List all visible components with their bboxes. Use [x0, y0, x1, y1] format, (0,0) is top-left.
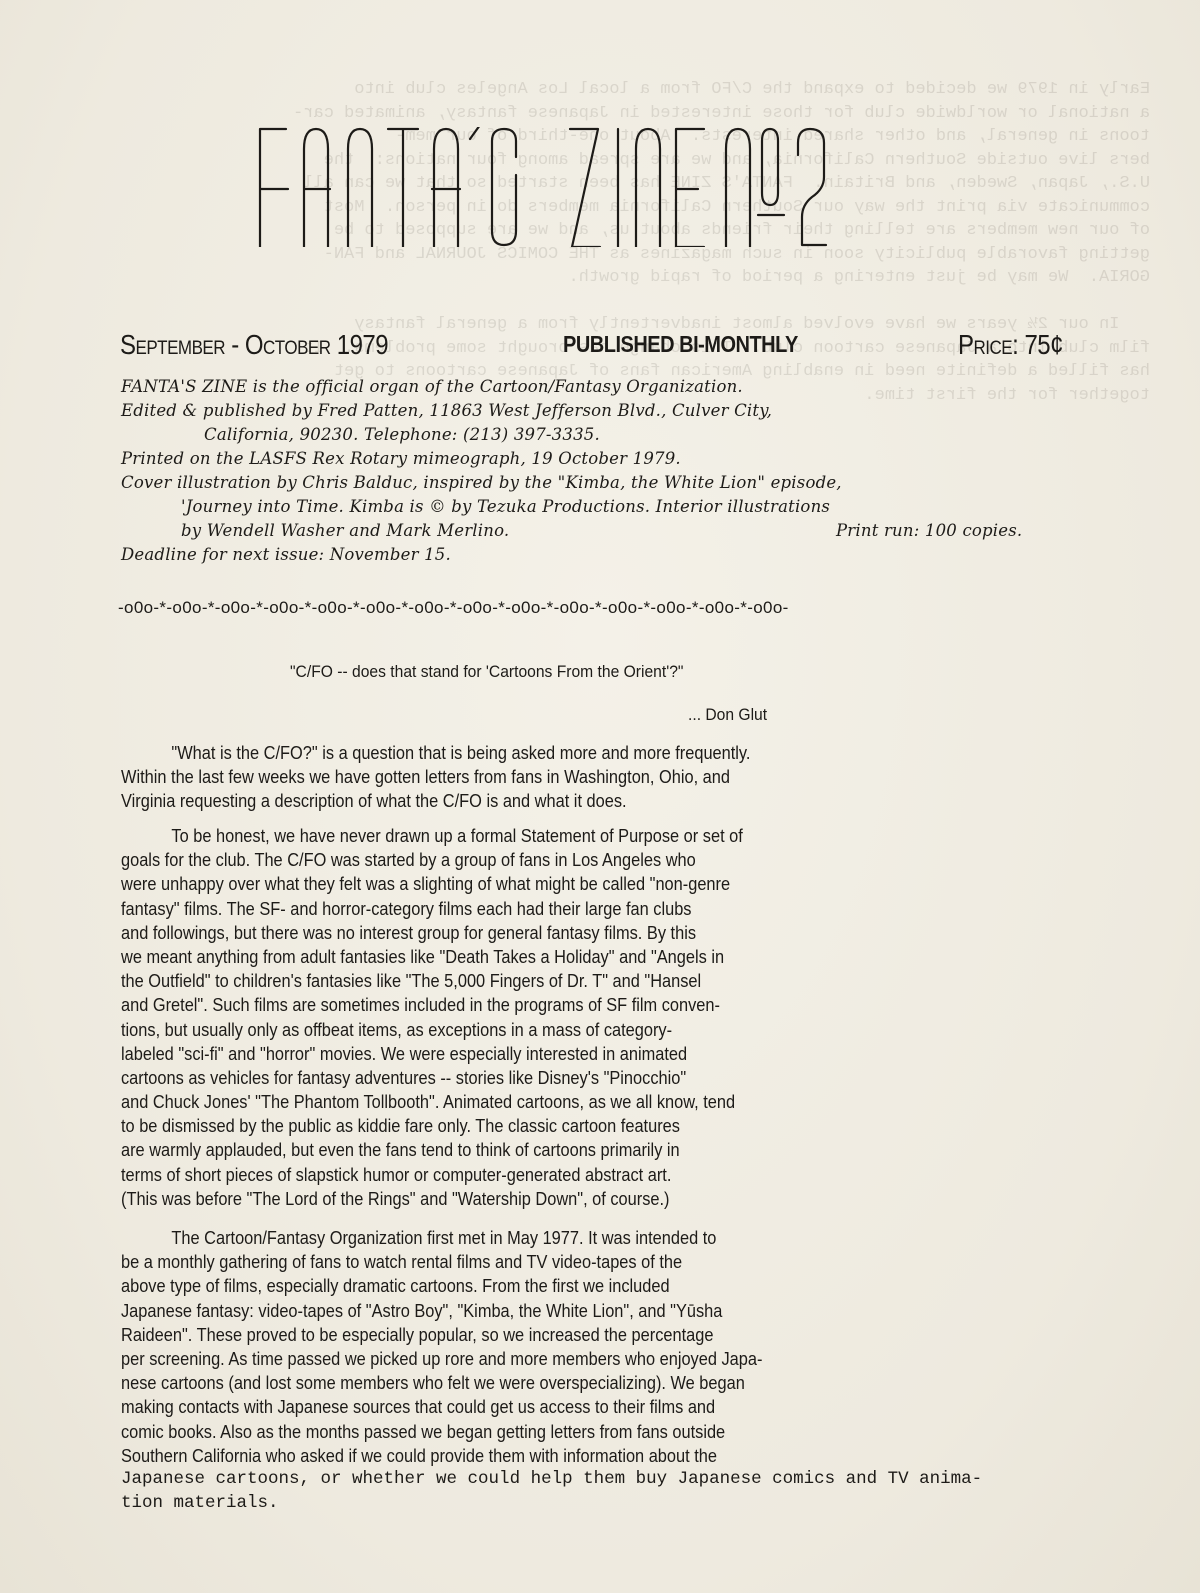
text-line: tions, but usually only as offbeat items…: [121, 1018, 1021, 1042]
text-line: and followings, but there was no interes…: [121, 921, 1021, 945]
epigraph-quote: "C/FO -- does that stand for 'Cartoons F…: [290, 662, 683, 682]
text-line: per screening. As time passed we picked …: [121, 1347, 1021, 1371]
print-run: Print run: 100 copies.: [836, 519, 1022, 543]
text-line: be a monthly gathering of fans to watch …: [121, 1250, 1021, 1274]
article-paragraph: Japanese cartoons, or whether we could h…: [121, 1467, 1121, 1515]
issue-date: September - October 1979: [120, 330, 388, 362]
colophon-line: Printed on the LASFS Rex Rotary mimeogra…: [121, 447, 1141, 471]
section-divider: -o0o-*-o0o-*-o0o-*-o0o-*-o0o-*-o0o-*-o0o…: [118, 598, 789, 618]
text-line: and Gretel". Such films are sometimes in…: [121, 993, 1021, 1017]
text-line: the Outfield" to children's fantasies li…: [121, 969, 1021, 993]
text-line: The Cartoon/Fantasy Organization first m…: [121, 1226, 1021, 1250]
text-line: above type of films, especially dramatic…: [121, 1274, 1021, 1298]
article-paragraph: To be honest, we have never drawn up a f…: [121, 824, 1021, 1211]
masthead-title: [258, 127, 958, 247]
text-line: labeled "sci-fi" and "horror" movies. We…: [121, 1042, 1021, 1066]
colophon-line: FANTA'S ZINE is the official organ of th…: [121, 375, 1141, 399]
text-line: (This was before "The Lord of the Rings"…: [121, 1187, 1021, 1211]
text-line: and Chuck Jones' "The Phantom Tollbooth"…: [121, 1090, 1021, 1114]
text-line: we meant anything from adult fantasies l…: [121, 945, 1021, 969]
colophon-line: Deadline for next issue: November 15.: [121, 543, 1141, 567]
colophon-line: Cover illustration by Chris Balduc, insp…: [121, 471, 1141, 495]
text-line: Virginia requesting a description of wha…: [121, 789, 1021, 813]
text-line: comic books. Also as the months passed w…: [121, 1420, 1021, 1444]
text-line: tion materials.: [121, 1491, 1121, 1515]
text-line: cartoons as vehicles for fantasy adventu…: [121, 1066, 1021, 1090]
epigraph-attribution: ... Don Glut: [688, 705, 767, 725]
article-paragraph: "What is the C/FO?" is a question that i…: [121, 741, 1021, 814]
text-line: "What is the C/FO?" is a question that i…: [121, 741, 1021, 765]
credits-interior: by Wendell Washer and Mark Merlino.: [181, 521, 509, 540]
colophon-line: Edited & published by Fred Patten, 11863…: [121, 399, 1141, 423]
colophon-line: California, 90230. Telephone: (213) 397-…: [121, 423, 1141, 447]
colophon-line: by Wendell Washer and Mark Merlino. Prin…: [121, 519, 1141, 543]
text-line: to be dismissed by the public as kiddie …: [121, 1114, 1021, 1138]
zine-page: Early in 1979 we decided to expand the C…: [0, 0, 1200, 1593]
text-line: making contacts with Japanese sources th…: [121, 1395, 1021, 1419]
text-line: Within the last few weeks we have gotten…: [121, 765, 1021, 789]
text-line: terms of short pieces of slapstick humor…: [121, 1163, 1021, 1187]
text-line: are warmly applauded, but even the fans …: [121, 1138, 1021, 1162]
colophon: FANTA'S ZINE is the official organ of th…: [121, 375, 1141, 567]
text-line: were unhappy over what they felt was a s…: [121, 872, 1021, 896]
text-line: To be honest, we have never drawn up a f…: [121, 824, 1021, 848]
article-paragraph: The Cartoon/Fantasy Organization first m…: [121, 1226, 1021, 1468]
text-line: fantasy" films. The SF- and horror-categ…: [121, 897, 1021, 921]
text-line: Southern California who asked if we coul…: [121, 1444, 1021, 1468]
text-line: goals for the club. The C/FO was started…: [121, 848, 1021, 872]
text-line: nese cartoons (and lost some members who…: [121, 1371, 1021, 1395]
text-line: Raideen". These proved to be especially …: [121, 1323, 1021, 1347]
issue-price: Price: 75¢: [958, 330, 1063, 362]
publication-frequency: PUBLISHED BI-MONTHLY: [563, 332, 798, 358]
text-line: Japanese cartoons, or whether we could h…: [121, 1467, 1121, 1491]
colophon-line: 'Journey into Time. Kimba is © by Tezuka…: [121, 495, 1141, 519]
text-line: Japanese fantasy: video-tapes of "Astro …: [121, 1299, 1021, 1323]
issue-info-bar: September - October 1979 PUBLISHED BI-MO…: [120, 330, 1130, 365]
